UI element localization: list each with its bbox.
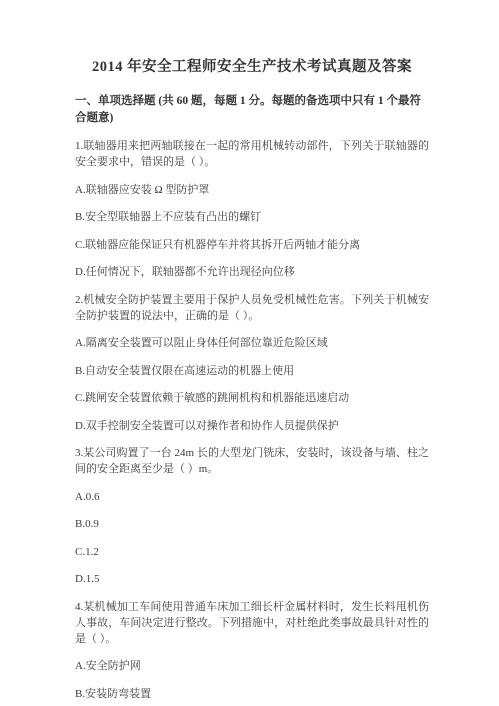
option-a: A.安全防护网 (75, 658, 429, 674)
option-a: A.联轴器应安装 Ω 型防护罩 (75, 182, 429, 198)
question-block-2: 2.机械安全防护装置主要用于保护人员免受机械性危害。下列关于机械安全防护装置的说… (75, 292, 429, 434)
option-a: A.隔离安全装置可以阻止身体任何部位靠近危险区域 (75, 335, 429, 351)
question-block-1: 1.联轴器用来把两轴联接在一起的常用机械转动部件，下列关于联轴器的安全要求中，错… (75, 138, 429, 280)
option-d: D.双手控制安全装置可以对操作者和协作人员提供保护 (75, 418, 429, 434)
option-b: B.安全型联轴器上不应装有凸出的螺钉 (75, 209, 429, 225)
option-d: D.任何情况下，联轴器都不允许出现径向位移 (75, 264, 429, 280)
question-stem: 3.某公司购置了一台 24m 长的大型龙门铣床，安装时，该设备与墙、柱之间的安全… (75, 445, 429, 477)
option-c: C.跳闸安全装置依赖于敏感的跳闸机构和机器能迅速启动 (75, 390, 429, 406)
option-b: B.安装防弯装置 (75, 686, 429, 702)
section-heading: 一、单项选择题 (共 60 题，每题 1 分。每题的备选项中只有 1 个最符合题… (75, 93, 429, 127)
question-block-3: 3.某公司购置了一台 24m 长的大型龙门铣床，安装时，该设备与墙、柱之间的安全… (75, 445, 429, 587)
exam-title: 2014 年安全工程师安全生产技术考试真题及答案 (75, 58, 429, 77)
option-b: B.自动安全装置仅限在高速运动的机器上使用 (75, 363, 429, 379)
exam-document-page: 2014 年安全工程师安全生产技术考试真题及答案 一、单项选择题 (共 60 题… (0, 0, 499, 706)
option-c: C.联轴器应能保证只有机器停车并将其拆开后两轴才能分离 (75, 237, 429, 253)
question-block-4: 4.某机械加工车间使用普通车床加工细长杆金属材料时，发生长料甩机伤人事故，车间决… (75, 599, 429, 702)
question-stem: 2.机械安全防护装置主要用于保护人员免受机械性危害。下列关于机械安全防护装置的说… (75, 292, 429, 324)
option-c: C.1.2 (75, 544, 429, 560)
option-a: A.0.6 (75, 489, 429, 505)
question-stem: 4.某机械加工车间使用普通车床加工细长杆金属材料时，发生长料甩机伤人事故，车间决… (75, 599, 429, 647)
option-b: B.0.9 (75, 516, 429, 532)
question-stem: 1.联轴器用来把两轴联接在一起的常用机械转动部件，下列关于联轴器的安全要求中，错… (75, 138, 429, 170)
option-d: D.1.5 (75, 571, 429, 587)
